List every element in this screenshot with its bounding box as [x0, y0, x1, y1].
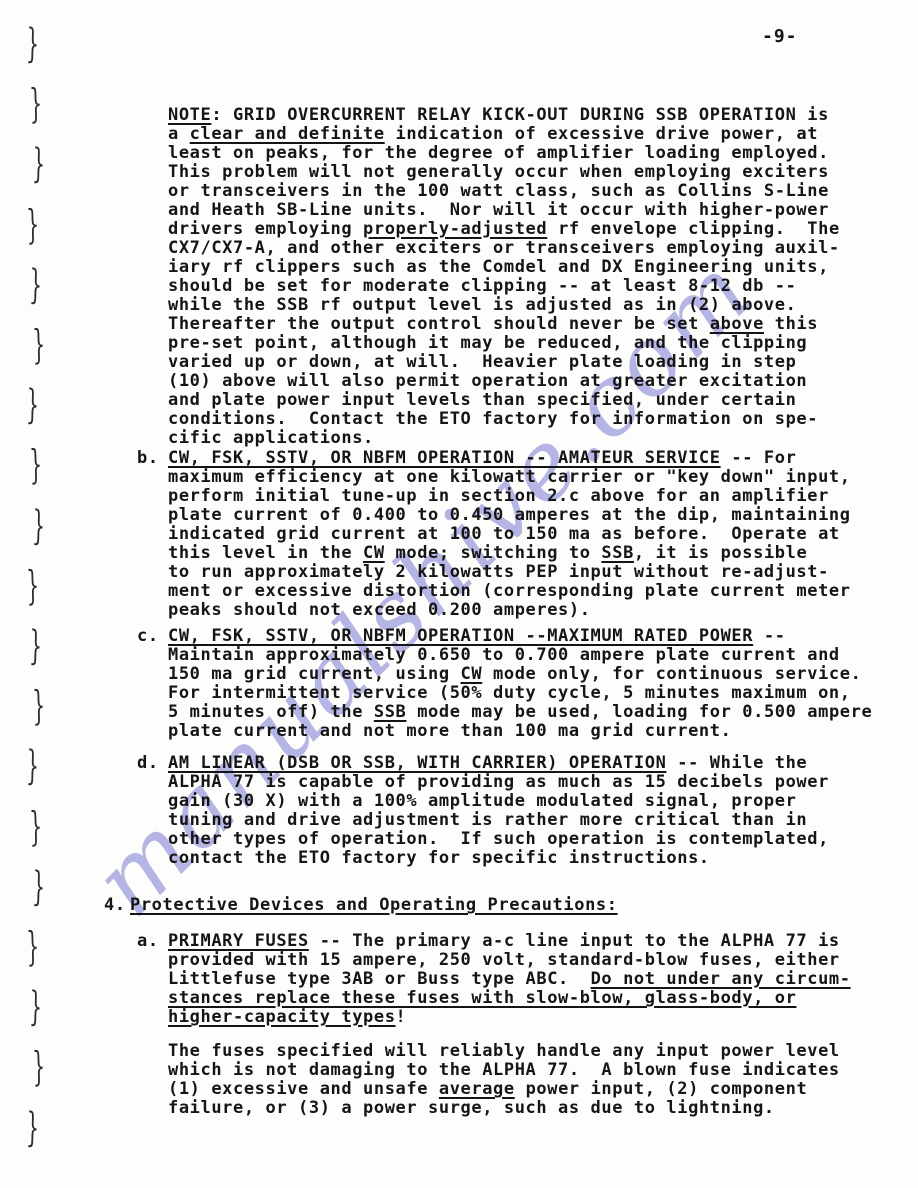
page-number: -9-	[762, 26, 798, 47]
underlined-text: Protective Devices and Operating Precaut…	[130, 895, 618, 915]
item-label: a.	[137, 932, 159, 951]
item-label: c.	[137, 627, 159, 646]
text-line: For intermittent service (50% duty cycle…	[168, 684, 872, 703]
item-b: b.CW, FSK, SSTV, OR NBFM OPERATION -- AM…	[168, 449, 851, 620]
underlined-text: CW	[363, 543, 385, 563]
text-line: NOTE: GRID OVERCURRENT RELAY KICK-OUT DU…	[168, 106, 840, 125]
item-a: a.PRIMARY FUSES -- The primary a-c line …	[168, 932, 851, 1027]
underlined-text: PRIMARY FUSES	[168, 931, 309, 951]
item-label: d.	[137, 754, 159, 773]
text-line: a clear and definite indication of exces…	[168, 125, 840, 144]
text-line: contact the ETO factory for specific ins…	[168, 849, 829, 868]
item-d: d.AM LINEAR (DSB OR SSB, WITH CARRIER) O…	[168, 754, 829, 868]
item-label: b.	[137, 449, 159, 468]
text-line: Maintain approximately 0.650 to 0.700 am…	[168, 646, 872, 665]
underlined-text: stances replace these fuses with slow-bl…	[168, 988, 796, 1008]
underlined-text: CW	[461, 664, 483, 684]
text-line: this level in the CW mode; switching to …	[168, 544, 851, 563]
binding-mark-icon: }	[26, 926, 40, 967]
text-line: higher-capacity types!	[168, 1008, 851, 1027]
text-line: other types of operation. If such operat…	[168, 830, 829, 849]
underlined-text: Do not under any circum-	[591, 969, 851, 989]
binding-mark-icon: }	[26, 565, 40, 606]
binding-mark-icon: }	[32, 324, 46, 365]
text-line: plate current of 0.400 to 0.450 amperes …	[168, 506, 851, 525]
text-line: and plate power input levels than specif…	[168, 391, 840, 410]
scanned-page: }}}}}}}}}}}}}}}}}}} manualshive.com -9- …	[0, 0, 918, 1188]
item-c: c.CW, FSK, SSTV, OR NBFM OPERATION --MAX…	[168, 627, 872, 741]
binding-mark-icon: }	[32, 866, 46, 907]
binding-mark-icon: }	[29, 625, 43, 666]
binding-mark-icon: }	[29, 445, 43, 486]
text-line: (10) above will also permit operation at…	[168, 372, 840, 391]
underlined-text: above	[710, 314, 764, 334]
text-line: failure, or (3) a power surge, such as d…	[168, 1099, 840, 1118]
binding-mark-icon: }	[26, 23, 40, 64]
text-line: 5 minutes off) the SSB mode may be used,…	[168, 703, 872, 722]
text-line: This problem will not generally occur wh…	[168, 163, 840, 182]
text-line: Protective Devices and Operating Precaut…	[130, 896, 618, 915]
text-line: cific applications.	[168, 429, 840, 448]
text-line: and Heath SB-Line units. Nor will it occ…	[168, 201, 840, 220]
text-line: to run approximately 2 kilowatts PEP inp…	[168, 563, 851, 582]
text-line: CW, FSK, SSTV, OR NBFM OPERATION --MAXIM…	[168, 627, 872, 646]
text-line: stances replace these fuses with slow-bl…	[168, 989, 851, 1008]
text-line: tuning and drive adjustment is rather mo…	[168, 811, 829, 830]
binding-mark-icon: }	[26, 1107, 40, 1148]
text-line: PRIMARY FUSES -- The primary a-c line in…	[168, 932, 851, 951]
section-4-heading: 4.Protective Devices and Operating Preca…	[130, 896, 618, 915]
underlined-text: SSB	[601, 543, 634, 563]
text-line: The fuses specified will reliably handle…	[168, 1042, 840, 1061]
underlined-text: clear and definite	[190, 124, 385, 144]
binding-mark-icon: }	[32, 686, 46, 727]
text-line: varied up or down, at will. Heavier plat…	[168, 353, 840, 372]
text-line: Thereafter the output control should nev…	[168, 315, 840, 334]
text-line: AM LINEAR (DSB OR SSB, WITH CARRIER) OPE…	[168, 754, 829, 773]
fuses-paragraph: The fuses specified will reliably handle…	[168, 1042, 840, 1118]
text-line: conditions. Contact the ETO factory for …	[168, 410, 840, 429]
binding-mark-icon: }	[32, 1047, 46, 1088]
text-line: while the SSB rf output level is adjuste…	[168, 296, 840, 315]
text-line: least on peaks, for the degree of amplif…	[168, 144, 840, 163]
binding-mark-icon: }	[29, 84, 43, 125]
underlined-text: AM LINEAR (DSB OR SSB, WITH CARRIER) OPE…	[168, 753, 666, 773]
underlined-text: NOTE	[168, 105, 211, 125]
text-line: indicated grid current at 100 to 150 ma …	[168, 525, 851, 544]
text-line: Littlefuse type 3AB or Buss type ABC. Do…	[168, 970, 851, 989]
text-line: CW, FSK, SSTV, OR NBFM OPERATION -- AMAT…	[168, 449, 851, 468]
underlined-text: CW, FSK, SSTV, OR NBFM OPERATION -- AMAT…	[168, 448, 721, 468]
binding-mark-icon: }	[26, 746, 40, 787]
underlined-text: properly-adjusted	[363, 219, 547, 239]
binding-mark-icon: }	[32, 144, 46, 185]
text-line: should be set for moderate clipping -- a…	[168, 277, 840, 296]
text-line: provided with 15 ampere, 250 volt, stand…	[168, 951, 851, 970]
item-label: 4.	[104, 896, 126, 915]
text-line: plate current and not more than 100 ma g…	[168, 722, 872, 741]
text-line: ALPHA 77 is capable of providing as much…	[168, 773, 829, 792]
text-line: 150 ma grid current, using CW mode only,…	[168, 665, 872, 684]
binding-mark-icon: }	[29, 264, 43, 305]
text-line: perform initial tune-up in section 2.c a…	[168, 487, 851, 506]
text-line: pre-set point, although it may be reduce…	[168, 334, 840, 353]
note-paragraph: NOTE: GRID OVERCURRENT RELAY KICK-OUT DU…	[168, 106, 840, 448]
underlined-text: CW, FSK, SSTV, OR NBFM OPERATION --MAXIM…	[168, 626, 753, 646]
text-line: CX7/CX7-A, and other exciters or transce…	[168, 239, 840, 258]
binding-mark-icon: }	[29, 987, 43, 1028]
text-line: or transceivers in the 100 watt class, s…	[168, 182, 840, 201]
underlined-text: SSB	[374, 702, 407, 722]
text-line: which is not damaging to the ALPHA 77. A…	[168, 1061, 840, 1080]
underlined-text: average	[439, 1079, 515, 1099]
underlined-text: higher-capacity types	[168, 1007, 396, 1027]
text-line: iary rf clippers such as the Comdel and …	[168, 258, 840, 277]
text-line: gain (30 X) with a 100% amplitude modula…	[168, 792, 829, 811]
binding-mark-icon: }	[26, 385, 40, 426]
binding-mark-icon: }	[29, 806, 43, 847]
text-line: drivers employing properly-adjusted rf e…	[168, 220, 840, 239]
binding-mark-icon: }	[26, 204, 40, 245]
binding-mark-icon: }	[32, 505, 46, 546]
text-line: ment or excessive distortion (correspond…	[168, 582, 851, 601]
text-line: peaks should not exceed 0.200 amperes).	[168, 601, 851, 620]
text-line: (1) excessive and unsafe average power i…	[168, 1080, 840, 1099]
text-line: maximum efficiency at one kilowatt carri…	[168, 468, 851, 487]
